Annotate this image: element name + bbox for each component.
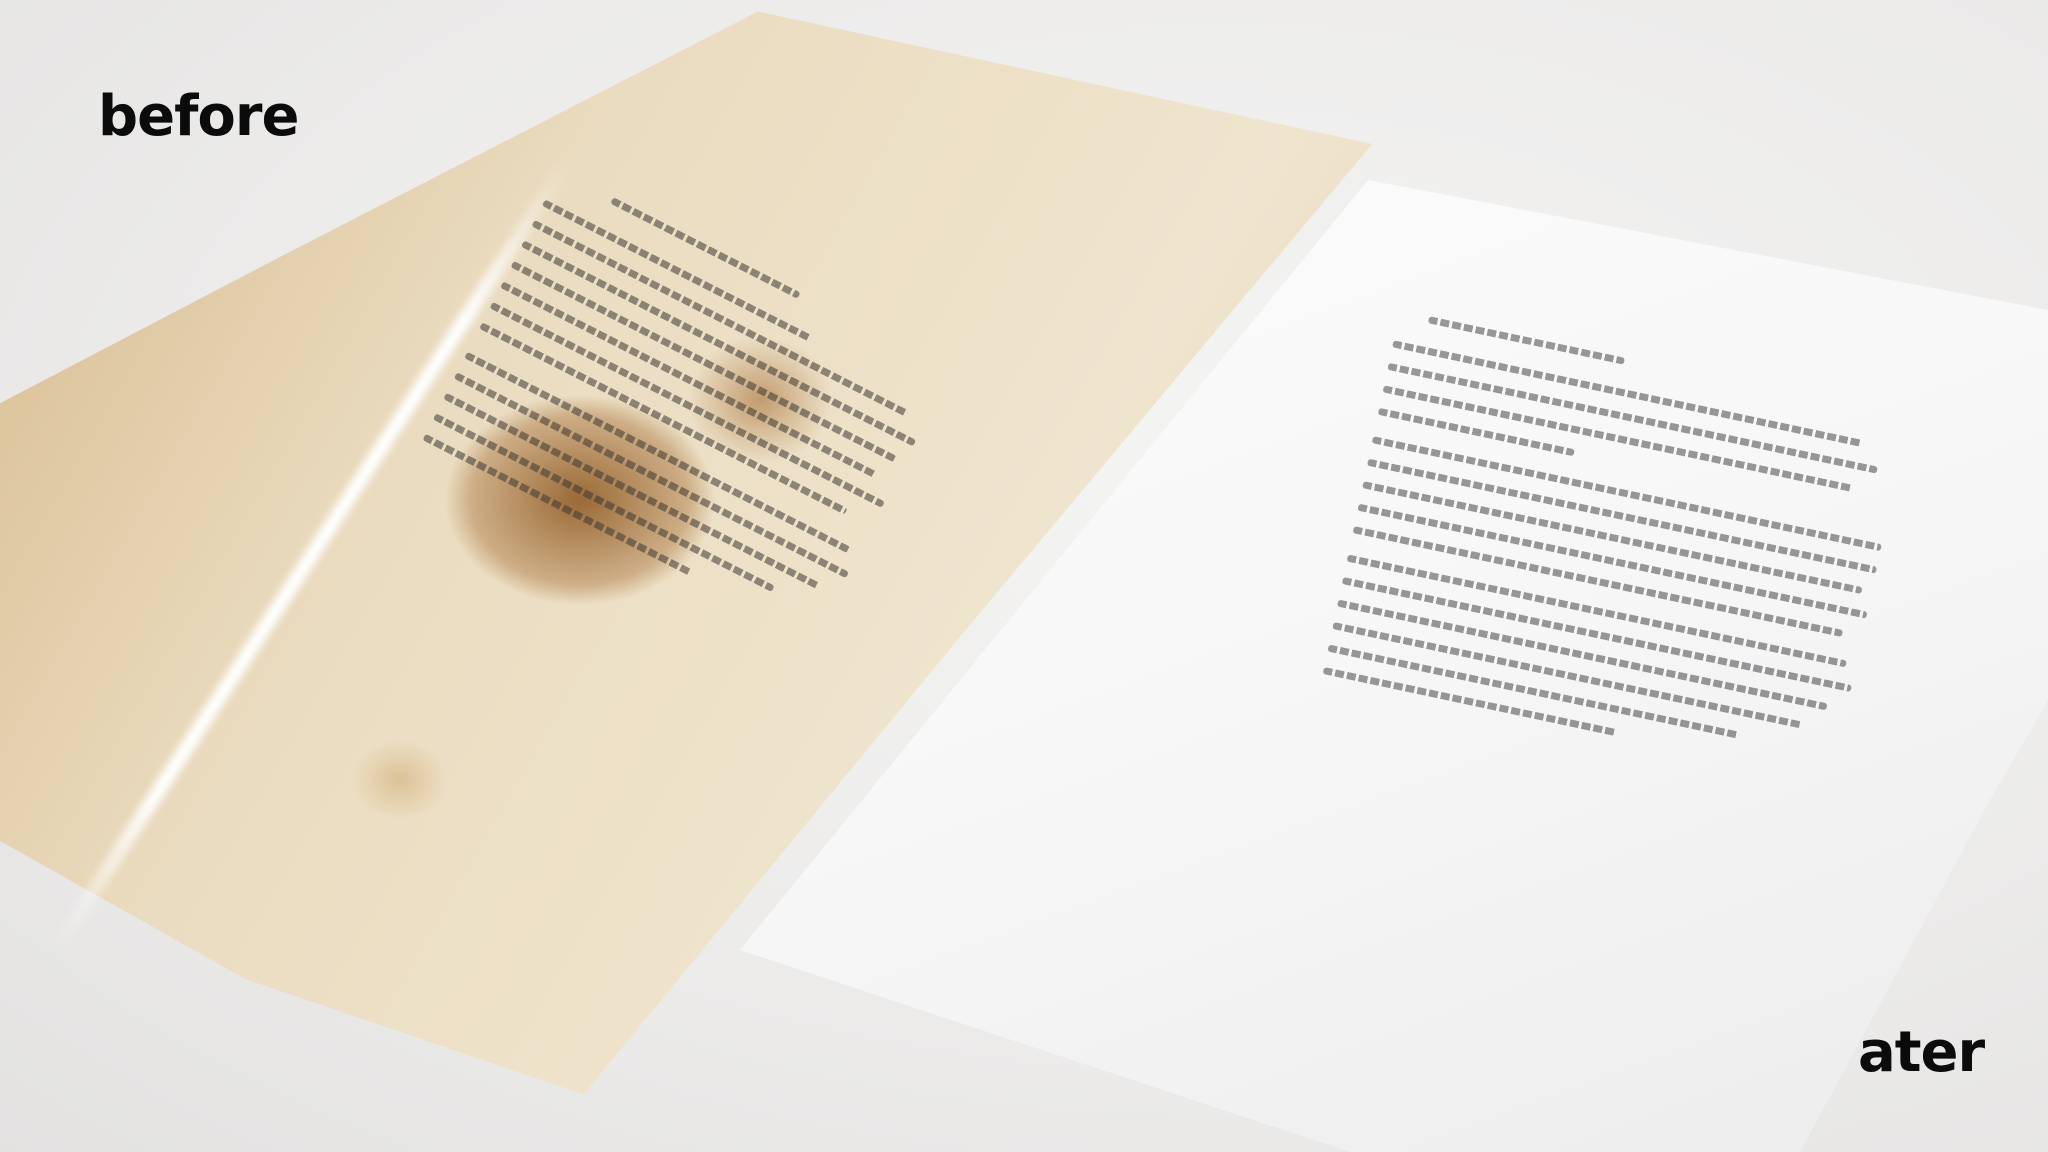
after-label: ater — [1858, 1020, 1984, 1085]
before-label: before — [98, 84, 299, 149]
